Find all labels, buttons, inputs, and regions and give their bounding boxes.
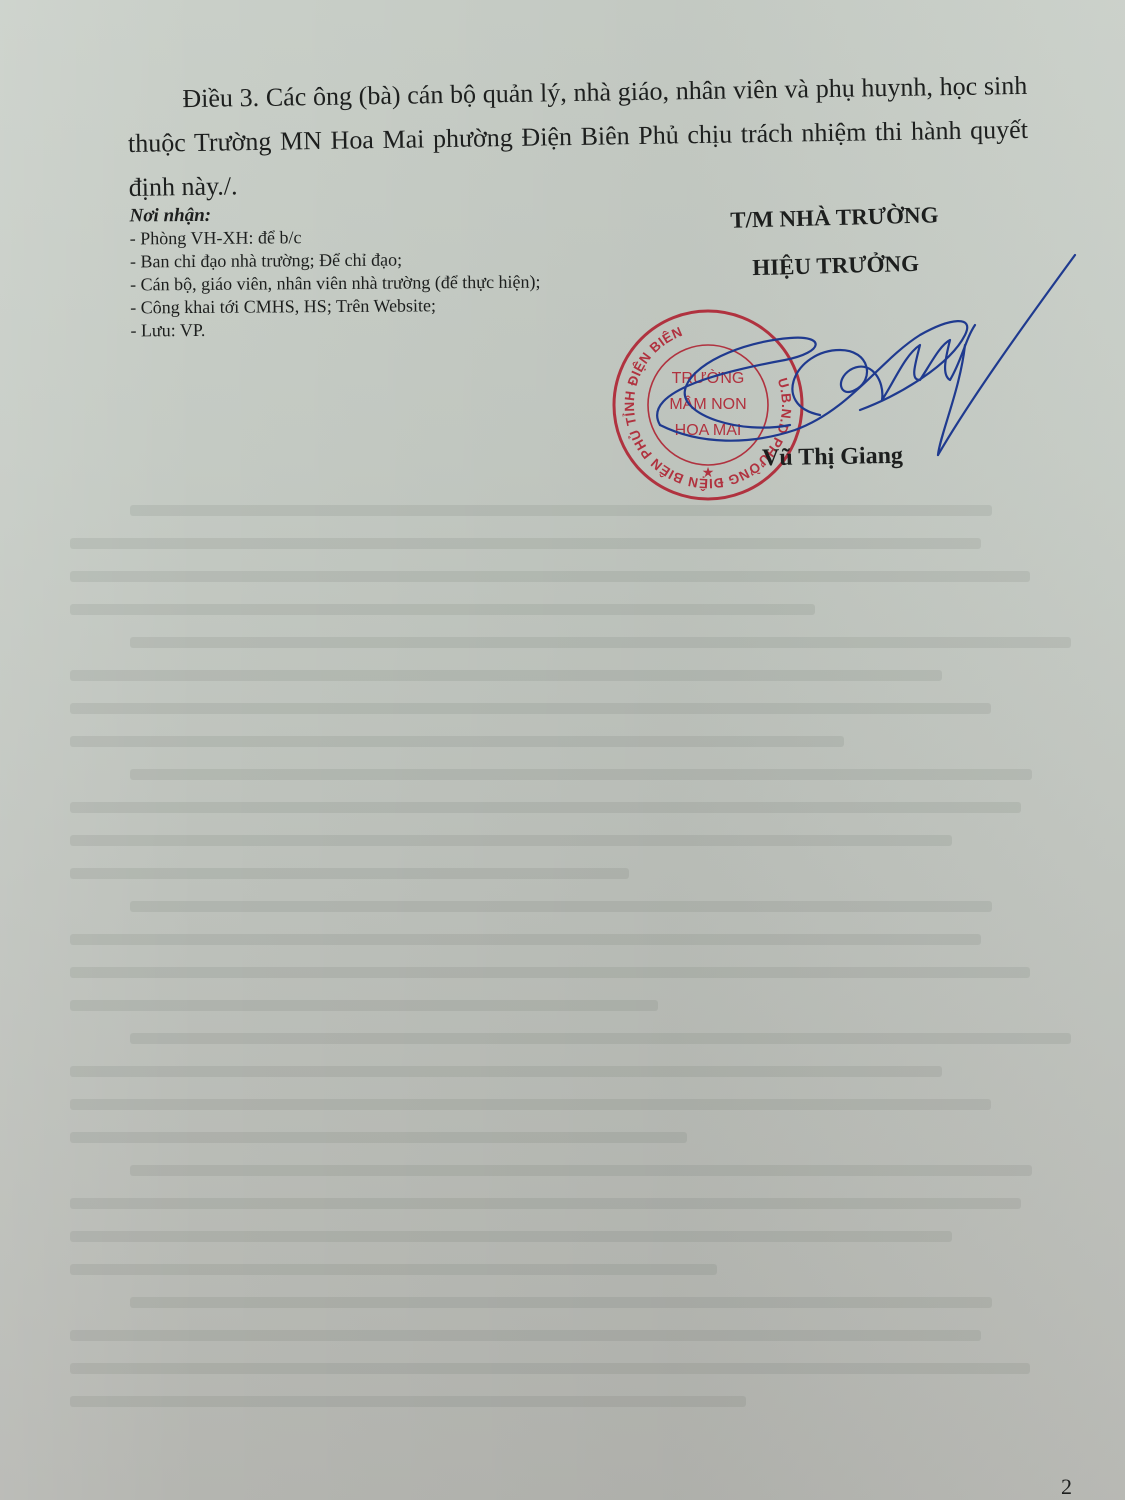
recipients-list: Nơi nhận: - Phòng VH-XH: để b/c - Ban ch… — [130, 202, 541, 343]
ghost-text-line — [70, 835, 952, 846]
ghost-text-line — [70, 1132, 687, 1143]
ghost-text-line — [70, 934, 981, 945]
ghost-text-line — [130, 637, 1071, 648]
ghost-text-line — [70, 1330, 981, 1341]
ghost-text-line — [70, 736, 844, 747]
ghost-text-line — [70, 1231, 952, 1242]
on-behalf-label: T/M NHÀ TRƯỜNG — [699, 201, 970, 234]
ghost-text-line — [70, 1099, 991, 1110]
ghost-text-line — [130, 769, 1032, 780]
recipient-item: - Cán bộ, giáo viên, nhân viên nhà trườn… — [130, 271, 541, 297]
ghost-text-line — [130, 505, 992, 516]
ghost-text-line — [130, 1033, 1071, 1044]
ghost-text-line — [70, 1363, 1030, 1374]
ghost-text-line — [70, 1264, 717, 1275]
recipients-title: Nơi nhận: — [130, 202, 541, 228]
recipient-item: - Phòng VH-XH: để b/c — [130, 225, 541, 251]
ghost-text-line — [130, 1297, 992, 1308]
ghost-text-line — [70, 571, 1030, 582]
signer-name: Vũ Thị Giang — [762, 443, 903, 472]
ghost-text-line — [70, 703, 991, 714]
ghost-text-line — [70, 1396, 746, 1407]
article-3: Điều 3. Các ông (bà) cán bộ quản lý, nhà… — [127, 64, 1029, 210]
recipient-item: - Công khai tới CMHS, HS; Trên Website; — [130, 294, 541, 320]
reverse-side-show-through — [70, 505, 1050, 1405]
ghost-text-line — [70, 1198, 1021, 1209]
recipient-item: - Lưu: VP. — [130, 317, 541, 343]
ghost-text-line — [130, 901, 992, 912]
ghost-text-line — [70, 1000, 658, 1011]
ghost-text-line — [70, 670, 942, 681]
ghost-text-line — [70, 967, 1030, 978]
ghost-text-line — [70, 802, 1021, 813]
ghost-text-line — [130, 1165, 1032, 1176]
ghost-text-line — [70, 1066, 942, 1077]
ghost-text-line — [70, 604, 815, 615]
ghost-text-line — [70, 538, 981, 549]
ghost-text-line — [70, 868, 629, 879]
page-number: 2 — [1061, 1474, 1072, 1500]
recipient-item: - Ban chỉ đạo nhà trường; Để chỉ đạo; — [130, 248, 541, 274]
article-3-text: Điều 3. Các ông (bà) cán bộ quản lý, nhà… — [128, 71, 1028, 202]
